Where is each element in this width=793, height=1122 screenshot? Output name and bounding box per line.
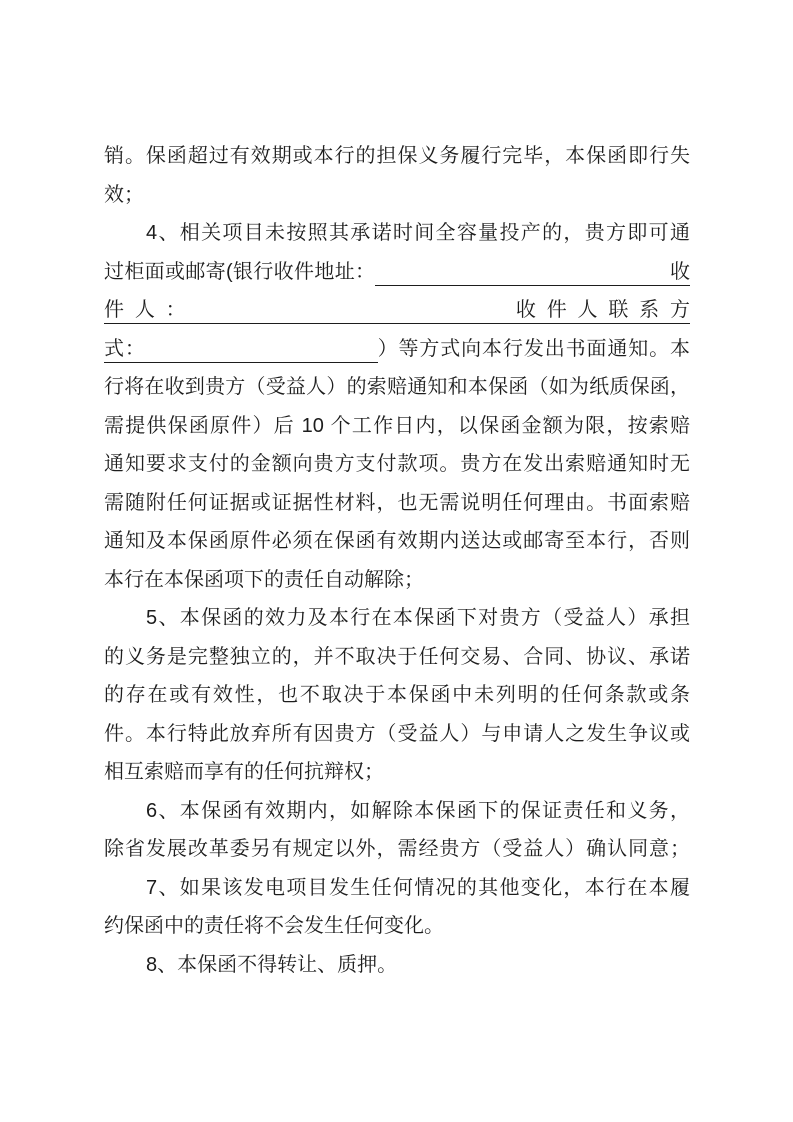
text-segment: 7、如果该发电项目发生任何情况的其他变化，本行在本履 [146, 877, 690, 899]
text-segment: 本行在本保函项下的责任自动解除； [104, 569, 424, 591]
text-segment: 约保函中的责任将不会发生任何变化。 [104, 915, 444, 937]
blank-underline-field [188, 299, 516, 324]
text-segment: 式： [104, 338, 146, 363]
text-line: 件。本行特此放弃所有因贵方（受益人）与申请人之发生争议或 [104, 715, 690, 754]
blank-underline-field [375, 261, 670, 286]
text-line: 过柜面或邮寄(银行收件地址： 收 [104, 253, 690, 292]
text-line: 5、本保函的效力及本行在本保函下对贵方（受益人）承担 [104, 599, 690, 638]
text-segment: 效； [104, 184, 144, 206]
text-line: 销。保函超过有效期或本行的担保义务履行完毕，本保函即行失 [104, 137, 690, 176]
text-line: 的义务是完整独立的，并不取决于任何交易、合同、协议、承诺 [104, 638, 690, 677]
text-segment: 行将在收到贵方（受益人）的索赔通知和本保函（如为纸质保函， [104, 376, 690, 398]
text-line: 7、如果该发电项目发生任何情况的其他变化，本行在本履 [104, 869, 690, 908]
text-segment: 5、本保函的效力及本行在本保函下对贵方（受益人）承担 [146, 607, 690, 629]
text-line: 4、相关项目未按照其承诺时间全容量投产的，贵方即可通 [104, 214, 690, 253]
text-segment: 8、本保函不得转让、质押。 [146, 954, 397, 976]
document-body: 销。保函超过有效期或本行的担保义务履行完毕，本保函即行失效；4、相关项目未按照其… [104, 137, 690, 984]
blank-underline-field [146, 338, 378, 363]
text-segment: 的义务是完整独立的，并不取决于任何交易、合同、协议、承诺 [104, 646, 690, 668]
text-line: 除省发展改革委另有规定以外，需经贵方（受益人）确认同意； [104, 830, 690, 869]
text-segment: 4、相关项目未按照其承诺时间全容量投产的，贵方即可通 [146, 222, 690, 244]
text-line: 式： ）等方式向本行发出书面通知。本 [104, 330, 690, 369]
text-segment: 收 [670, 261, 690, 286]
text-line: 约保函中的责任将不会发生任何变化。 [104, 907, 690, 946]
text-line: 相互索赔而享有的任何抗辩权； [104, 753, 690, 792]
text-line: 通知及本保函原件必须在保函有效期内送达或邮寄至本行，否则 [104, 522, 690, 561]
text-segment: 收 件 人 联 系 方 [516, 299, 690, 324]
text-segment: 相互索赔而享有的任何抗辩权； [104, 761, 384, 783]
text-line: 件 人 ： 收 件 人 联 系 方 [104, 291, 690, 330]
text-line: 6、本保函有效期内，如解除本保函下的保证责任和义务， [104, 792, 690, 831]
text-segment: 销。保函超过有效期或本行的担保义务履行完毕，本保函即行失 [104, 145, 690, 167]
text-segment: 件 人 ： [104, 299, 188, 324]
text-segment: 6、本保函有效期内，如解除本保函下的保证责任和义务， [146, 800, 690, 822]
text-segment: 通知要求支付的金额向贵方支付款项。贵方在发出索赔通知时无 [104, 453, 690, 475]
text-line: 通知要求支付的金额向贵方支付款项。贵方在发出索赔通知时无 [104, 445, 690, 484]
text-line: 需提供保函原件）后 10 个工作日内，以保函金额为限，按索赔 [104, 407, 690, 446]
text-segment: 通知及本保函原件必须在保函有效期内送达或邮寄至本行，否则 [104, 530, 690, 552]
text-segment: 需提供保函原件）后 10 个工作日内，以保函金额为限，按索赔 [104, 415, 690, 437]
text-segment: 的存在或有效性，也不取决于本保函中未列明的任何条款或条 [104, 684, 690, 706]
text-line: 的存在或有效性，也不取决于本保函中未列明的任何条款或条 [104, 676, 690, 715]
text-segment: ）等方式向本行发出书面通知。本 [378, 338, 690, 360]
text-line: 行将在收到贵方（受益人）的索赔通知和本保函（如为纸质保函， [104, 368, 690, 407]
document-page: 销。保函超过有效期或本行的担保义务履行完毕，本保函即行失效；4、相关项目未按照其… [0, 0, 793, 1122]
text-segment: 件。本行特此放弃所有因贵方（受益人）与申请人之发生争议或 [104, 723, 690, 745]
text-segment: 需随附任何证据或证据性材料，也无需说明任何理由。书面索赔 [104, 492, 690, 514]
text-line: 需随附任何证据或证据性材料，也无需说明任何理由。书面索赔 [104, 484, 690, 523]
text-segment: 过柜面或邮寄(银行收件地址： [104, 261, 375, 283]
text-line: 8、本保函不得转让、质押。 [104, 946, 690, 985]
text-line: 本行在本保函项下的责任自动解除； [104, 561, 690, 600]
text-line: 效； [104, 176, 690, 215]
text-segment: 除省发展改革委另有规定以外，需经贵方（受益人）确认同意； [104, 838, 690, 860]
